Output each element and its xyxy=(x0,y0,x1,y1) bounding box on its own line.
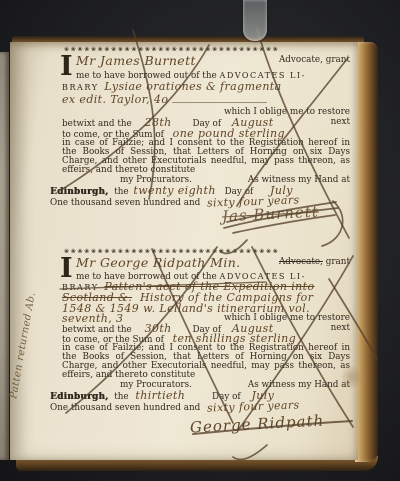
form2-line-borrower: Mr George Ridpath Min. Advocate, grant xyxy=(76,258,350,271)
book-page: ❀❀❀❀❀❀❀❀❀❀❀❀❀❀❀❀❀❀❀❀❀❀❀❀❀❀❀❀❀❀❀❀ I Mr Ja… xyxy=(10,42,358,460)
form2-next: next xyxy=(331,324,350,334)
form1-the: the xyxy=(114,187,128,197)
form1-next: next xyxy=(331,118,350,128)
drop-cap-I: I xyxy=(60,55,73,79)
form2-signature-line: George Ridpath xyxy=(190,420,360,433)
ink-stain xyxy=(340,364,362,390)
form2-borrower-name: Mr George Ridpath Min. xyxy=(76,255,241,270)
form1-line-oblige: which I oblige me to restore xyxy=(62,108,350,118)
form1-betwixt: betwixt and the xyxy=(62,119,132,129)
form2-rank-struck: Advocate, xyxy=(279,257,323,267)
ornament-border-middle: ❀❀❀❀❀❀❀❀❀❀❀❀❀❀❀❀❀❀❀❀❀❀❀❀❀❀❀❀❀❀❀❀ xyxy=(64,248,320,255)
form2-edinburgh: Edinburgh, xyxy=(50,392,108,402)
form1-book-title: Lysiae orationes & fragmenta xyxy=(104,80,281,93)
form2-signature: George Ridpath xyxy=(190,416,325,433)
book-photograph: ❀❀❀❀❀❀❀❀❀❀❀❀❀❀❀❀❀❀❀❀❀❀❀❀❀❀❀❀❀❀❀❀ I Mr Ja… xyxy=(0,0,400,481)
form1-witness: As witness my Hand at xyxy=(248,176,350,186)
form1-signature-line: Jas Burnett xyxy=(222,210,352,223)
blank-rule xyxy=(172,94,267,103)
ornament-border-top: ❀❀❀❀❀❀❀❀❀❀❀❀❀❀❀❀❀❀❀❀❀❀❀❀❀❀❀❀❀❀❀❀ xyxy=(64,46,320,53)
page-block-fore-edge xyxy=(355,42,378,462)
form1-line-borrower: Mr James Burnett Advocate, grant xyxy=(76,56,350,69)
form1-line-title2: ex edit. Taylor, 4o xyxy=(62,94,350,107)
form2-year-hw: sixty four years xyxy=(207,400,300,413)
form2-the: the xyxy=(114,392,128,402)
form2-signed-day: thirtieth xyxy=(135,389,185,402)
form1-rank-grant: Advocate, grant xyxy=(279,56,350,66)
form1-line-title1: BRARY Lysiae orationes & fragmenta xyxy=(62,82,350,94)
page-holder-strip xyxy=(243,0,267,41)
form2-year-printed: One thousand seven hundred and xyxy=(50,403,200,413)
form2-grant: grant xyxy=(326,257,350,267)
form1-borrower-name: Mr James Burnett xyxy=(76,53,196,68)
form1-edinburgh: Edinburgh, xyxy=(50,187,108,197)
form1-brary: BRARY xyxy=(62,82,99,92)
form1-due-day: 28th xyxy=(145,116,172,129)
drop-cap-I-2: I xyxy=(60,257,73,281)
form2-line-procurators: my Procurators. As witness my Hand at xyxy=(62,381,350,391)
form1-signed-day: twenty eighth xyxy=(133,184,215,197)
form1-library-caps: ADVOCATES LI- xyxy=(220,70,306,80)
form1-book-edition: ex edit. Taylor, 4o xyxy=(62,93,168,106)
form1-effeirs: effeirs, and thereto constitute xyxy=(62,165,195,175)
form1-year-printed: One thousand seven hundred and xyxy=(50,198,200,208)
form2-effeirs: effeirs, and thereto constitute xyxy=(62,370,195,380)
form1-signature: Jas Burnett xyxy=(222,207,319,222)
